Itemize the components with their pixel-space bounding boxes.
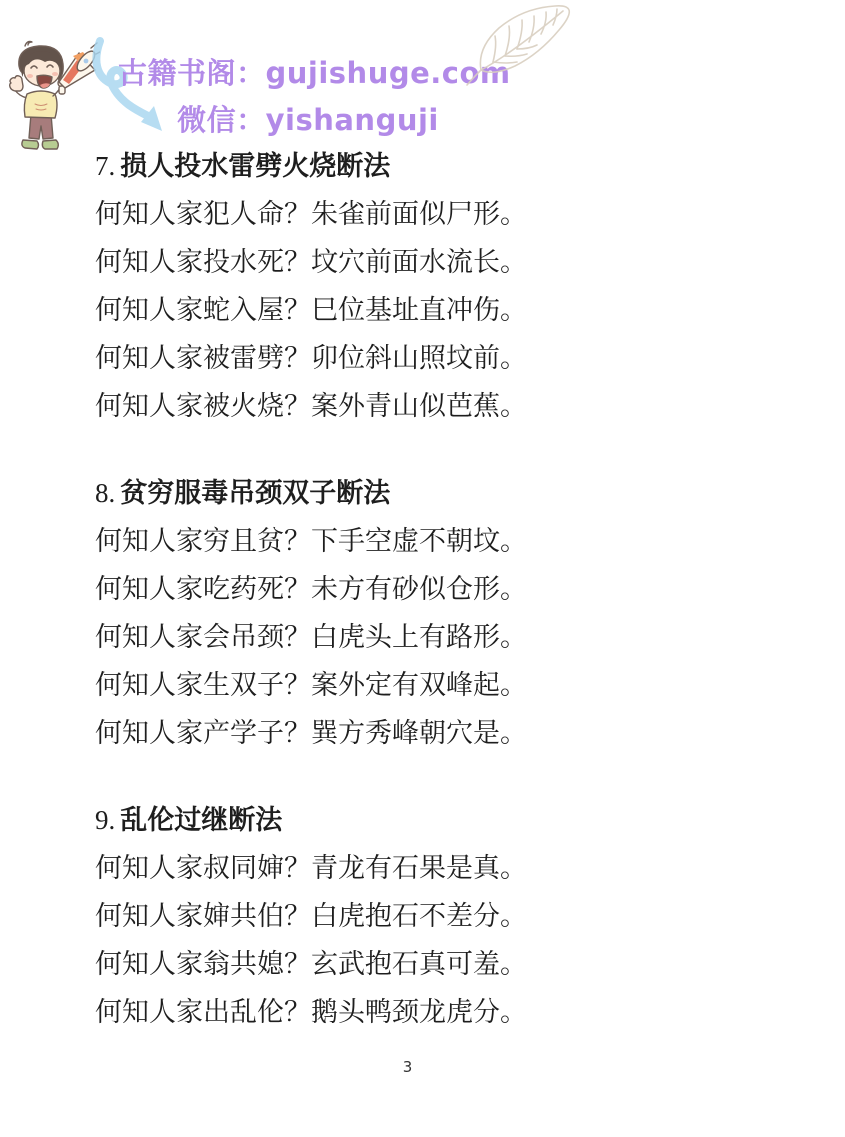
section-8: 8.贫穷服毒吊颈双子断法 何知人家穷且贫？下手空虚不朝坟。 何知人家吃药死？未方… <box>95 469 565 757</box>
section-title: 损人投水雷劈火烧断法 <box>120 151 390 181</box>
verse-line: 何知人家被雷劈？卯位斜山照坟前。 <box>95 334 565 382</box>
verse-line: 何知人家产学子？巽方秀峰朝穴是。 <box>95 709 565 757</box>
verse-line: 何知人家投水死？坟穴前面水流长。 <box>95 238 565 286</box>
section-7-heading: 7.损人投水雷劈火烧断法 <box>95 142 565 190</box>
section-number: 8. <box>95 478 115 508</box>
leaf-sketch-icon <box>463 2 575 88</box>
section-number: 7. <box>95 151 115 181</box>
section-7: 7.损人投水雷劈火烧断法 何知人家犯人命？朱雀前面似尸形。 何知人家投水死？坟穴… <box>95 142 565 430</box>
verse-line: 何知人家被火烧？案外青山似芭蕉。 <box>95 382 565 430</box>
document-page: 古籍书阁：gujishuge.com 微信：yishanguji <box>0 0 845 1137</box>
section-9: 9.乱伦过继断法 何知人家叔同婶？青龙有石果是真。 何知人家婶共伯？白虎抱石不差… <box>95 796 565 1036</box>
section-number: 9. <box>95 805 115 835</box>
page-footer: 3 <box>0 1058 815 1076</box>
verse-line: 何知人家婶共伯？白虎抱石不差分。 <box>95 892 565 940</box>
mascot-kid-megaphone-icon <box>5 40 100 154</box>
document-content: 7.损人投水雷劈火烧断法 何知人家犯人命？朱雀前面似尸形。 何知人家投水死？坟穴… <box>95 142 565 1036</box>
page-number: 3 <box>403 1058 413 1076</box>
watermark-header: 古籍书阁：gujishuge.com 微信：yishanguji <box>0 0 845 160</box>
section-8-heading: 8.贫穷服毒吊颈双子断法 <box>95 469 565 517</box>
section-title: 乱伦过继断法 <box>120 805 282 835</box>
verse-line: 何知人家叔同婶？青龙有石果是真。 <box>95 844 565 892</box>
watermark-text-block: 古籍书阁：gujishuge.com 微信：yishanguji <box>118 50 498 144</box>
verse-line: 何知人家会吊颈？白虎头上有路形。 <box>95 613 565 661</box>
verse-line: 何知人家蛇入屋？巳位基址直冲伤。 <box>95 286 565 334</box>
verse-line: 何知人家翁共媳？玄武抱石真可羞。 <box>95 940 565 988</box>
verse-line: 何知人家吃药死？未方有砂似仓形。 <box>95 565 565 613</box>
site-watermark-text: 古籍书阁：gujishuge.com <box>118 50 498 97</box>
section-title: 贫穷服毒吊颈双子断法 <box>120 478 390 508</box>
verse-line: 何知人家犯人命？朱雀前面似尸形。 <box>95 190 565 238</box>
verse-line: 何知人家生双子？案外定有双峰起。 <box>95 661 565 709</box>
verse-line: 何知人家出乱伦？鹅头鸭颈龙虎分。 <box>95 988 565 1036</box>
section-9-heading: 9.乱伦过继断法 <box>95 796 565 844</box>
wechat-watermark-text: 微信：yishanguji <box>118 97 498 144</box>
verse-line: 何知人家穷且贫？下手空虚不朝坟。 <box>95 517 565 565</box>
